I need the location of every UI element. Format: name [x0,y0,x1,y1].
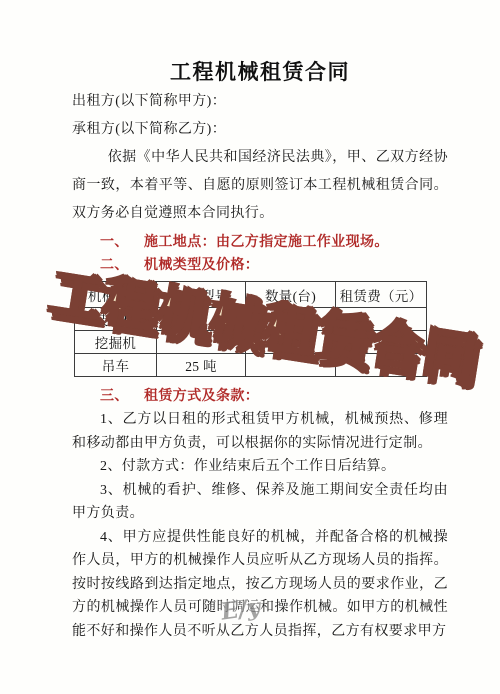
cell-name: 挖掘机 [75,331,157,354]
section-heading-2: 二、机械类型及价格： [72,254,448,277]
cell-fee [336,331,427,354]
term-paragraph-4: 4、甲方应提供性能良好的机械，并配备合格的机械操作人员，甲方的机械操作人员应听从… [72,526,448,644]
section-heading-3: 三、租赁方式及条款： [72,385,448,408]
contract-document-page: 工程机械租赁合同 出租方(以下简称甲方)： 承租方(以下简称乙方)： 依据《中华… [0,0,500,694]
cell-name: 装载机 [75,308,157,331]
section-number-3: 三、 [100,385,144,408]
section-number-2: 二、 [100,254,144,277]
section-title-1: 施工地点：由乙方指定施工作业现场。 [144,235,389,250]
header-machine-model: 机械型号 [157,282,246,308]
header-rental-fee: 租赁费（元） [336,282,427,308]
cell-model [157,331,246,354]
section-number-1: 一、 [100,231,144,254]
cell-fee [336,354,427,377]
section-heading-1: 一、施工地点：由乙方指定施工作业现场。 [72,231,448,254]
cell-qty [246,331,336,354]
section-title-2: 机械类型及价格： [144,258,259,273]
cell-fee [336,308,427,331]
cell-qty [246,354,336,377]
table-row-crane: 吊车 25 吨 [75,354,427,377]
table-row-loader: 装载机 [75,308,427,331]
machine-price-table: 机械名称 机械型号 数量(台) 租赁费（元） 装载机 挖掘机 [74,281,427,377]
lessee-line: 承租方(以下简称乙方)： [72,116,448,144]
term-paragraph-3: 3、机械的看护、维修、保养及施工期间安全责任均由甲方负责。 [72,479,448,526]
cell-qty [246,308,336,331]
cell-name: 吊车 [75,354,157,377]
header-machine-name: 机械名称 [75,282,157,308]
term-paragraph-2: 2、付款方式：作业结束后五个工作日后结算。 [72,455,448,479]
preamble-paragraph: 依据《中华人民共和国经济民法典》，甲、乙双方经协商一致，本着平等、自愿的原则签订… [72,144,448,228]
header-quantity: 数量(台) [246,282,336,308]
document-title: 工程机械租赁合同 [72,56,448,88]
cell-model: 25 吨 [157,354,246,377]
section-title-3: 租赁方式及条款： [144,389,259,404]
table-row-excavator: 挖掘机 [75,331,427,354]
lessor-line: 出租方(以下简称甲方)： [72,88,448,116]
term-paragraph-1: 1、乙方以日租的形式租赁甲方机械，机械预热、修理和移动都由甲方负责，可以根据你的… [72,408,448,455]
table-header-row: 机械名称 机械型号 数量(台) 租赁费（元） [75,282,427,308]
document-body: 工程机械租赁合同 出租方(以下简称甲方)： 承租方(以下简称乙方)： 依据《中华… [72,0,448,643]
cell-model [157,308,246,331]
